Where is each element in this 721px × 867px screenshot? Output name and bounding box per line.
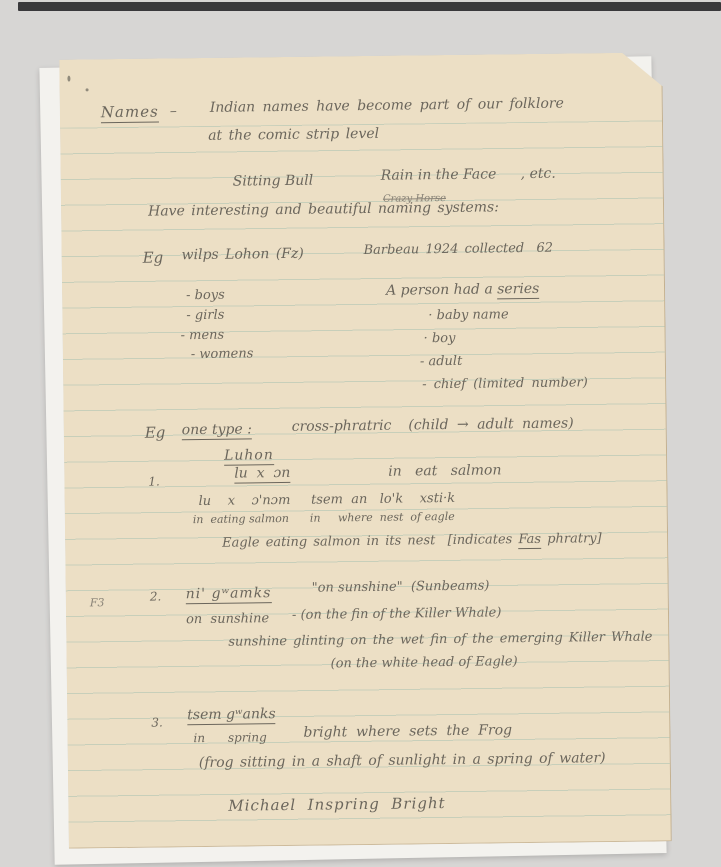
pencil-mark [67,76,70,82]
item1-native-2: lu x ɔ'nɔm tsem an lo'k xsti·k [199,492,456,509]
item2-translation-1: sunshine glinting on the wet fin of the … [228,631,652,650]
item3-text: bright where sets the Frog [303,723,512,741]
series-heading-word: series [497,281,539,300]
famous-etc: , etc. [521,167,556,183]
list-item: - adult [420,355,463,370]
item3-native: tsem gʷanks [187,707,276,725]
list-item: - girls [186,309,224,324]
clan-name: Luhon [224,448,274,466]
scanned-note-page: Names – Indian names have become part of… [0,0,721,867]
famous-name-2: Rain in the Face [381,167,497,184]
eg2-type-label: one type : [182,422,252,440]
list-item: - womens [191,347,254,362]
item3-number: 3. [151,716,163,729]
heading-line-2: at the comic strip level [208,127,379,144]
item3-gloss: in spring [193,731,266,745]
margin-note: F3 [90,597,105,609]
list-item: - mens [181,329,225,344]
heading-dash: – [170,104,177,119]
list-item: - chief (limited number) [422,376,588,392]
item1-phratry-word: Fas [518,532,541,549]
eg1-marker: Eg [143,249,164,266]
heading-line-1: Indian names have become part of our fol… [210,97,564,117]
item2-native: ni' gʷamks [186,586,272,604]
intro-line: Have interesting and beautiful naming sy… [148,200,499,220]
eg1-source: Barbeau 1924 collected 62 [363,242,553,259]
item2-number: 2. [150,591,162,604]
eg1-title: wilps Lohon (Fz) [182,247,304,264]
eg2-marker: Eg [145,424,166,441]
item1-number: 1. [148,476,160,489]
item3-final-name: Michael Inspring Bright [228,795,445,814]
item3-translation: (frog sitting in a shaft of sunlight in … [199,751,606,771]
scanner-edge-bar [18,2,721,11]
item1-native: lu x ɔn [234,466,290,484]
item1-gloss-2: in eating salmon in where nest of eagle [193,511,455,526]
item2-quote: "on sunshine" (Sunbeams) [312,579,490,595]
eg2-type-text: cross-phratric (child → adult names) [292,416,574,435]
famous-name-1: Sitting Bull [233,174,314,190]
item1-translation: Eagle eating salmon in its nest [indicat… [222,532,602,551]
item1-translation-pre: Eagle eating salmon in its nest [indicat… [222,532,519,551]
item1-translation-post: phratry] [541,531,602,547]
item2-translation-2: (on the white head of Eagle) [331,655,518,672]
item2-gloss: on sunshine [186,612,269,627]
heading-label: Names [101,104,159,123]
series-heading-pre: A person had a [386,281,497,298]
list-item: - boys [186,289,225,304]
note-paper: Names – Indian names have become part of… [59,52,672,848]
list-item: · baby name [428,308,508,323]
item1-gloss: in eat salmon [388,463,501,480]
pencil-mark [86,88,89,91]
series-heading: A person had a series [386,282,539,299]
item2-gloss-note: - (on the fin of the Killer Whale) [292,606,502,623]
list-item: · boy [424,332,456,347]
